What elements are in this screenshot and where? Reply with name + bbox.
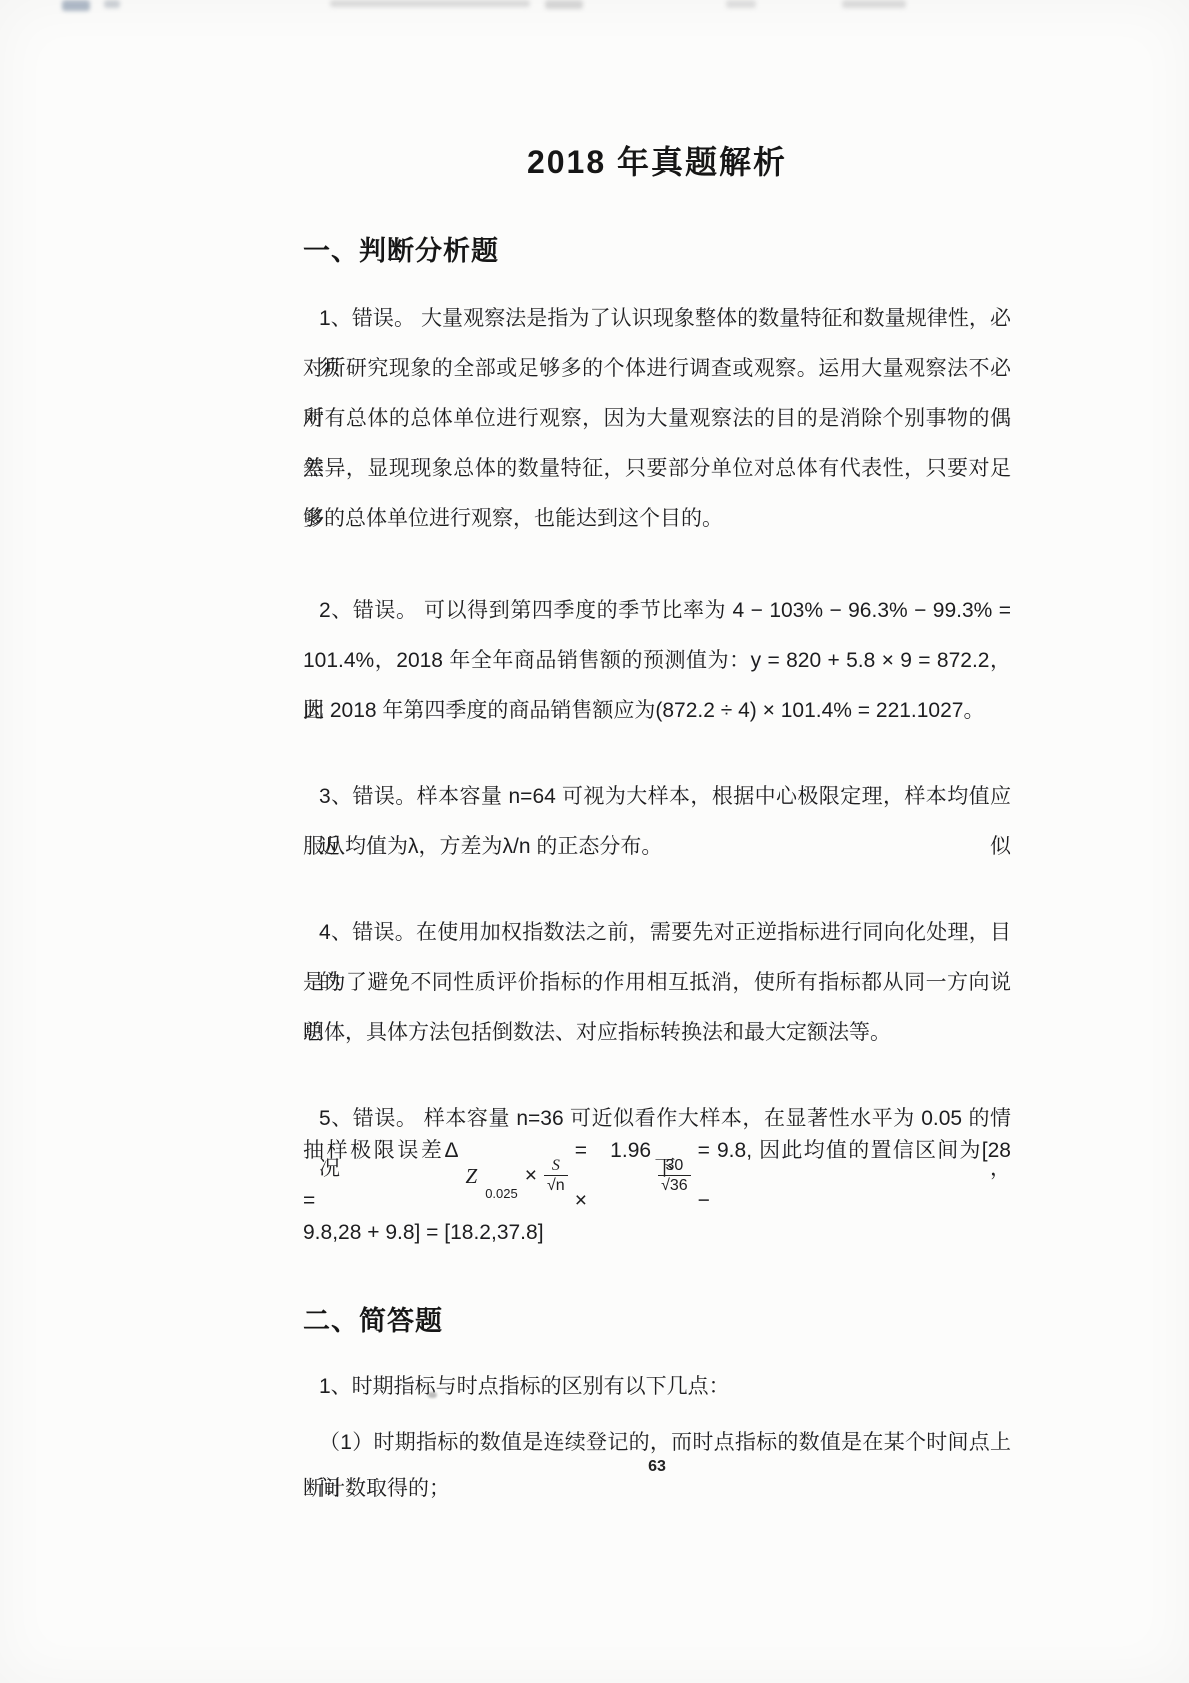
answer-item-1: 1、错误。 大量观察法是指为了认识现象整体的数量特征和数量规律性，必须 对所研究… bbox=[303, 294, 1011, 544]
short-answer-item-1: 1、时期指标与时点指标的区别有以下几点： bbox=[303, 1364, 1011, 1410]
text-line: 1、时期指标与时点指标的区别有以下几点： bbox=[303, 1364, 1011, 1410]
answer-item-3: 3、错误。样本容量 n=64 可视为大样本，根据中心极限定理，样本均值应近似 服… bbox=[303, 772, 1011, 872]
text-line: 1、错误。 大量观察法是指为了认识现象整体的数量特征和数量规律性，必须 bbox=[303, 294, 1011, 344]
text-line: 多的总体单位进行观察，也能达到这个目的。 bbox=[303, 494, 1011, 544]
text-line: 差异，显现现象总体的数量特征，只要部分单位对总体有代表性，只要对足够 bbox=[303, 444, 1011, 494]
page-content: 2018 年真题解析 一、判断分析题 1、错误。 大量观察法是指为了认识现象整体… bbox=[303, 0, 1011, 1512]
times-operator: × bbox=[525, 1151, 537, 1201]
text-line: 是为了避免不同性质评价指标的作用相互抵消，使所有指标都从同一方向说明 bbox=[303, 958, 1011, 1008]
answer-item-5: 5、错误。 样本容量 n=36 可近似看作大样本，在显著性水平为 0.05 的情… bbox=[303, 1094, 1011, 1258]
text-line: 2、错误。 可以得到第四季度的季节比率为 4 − 103% − 96.3% − … bbox=[303, 586, 1011, 636]
z-subscript: 0.025 bbox=[485, 1187, 518, 1200]
page-number: 63 bbox=[303, 1458, 1011, 1476]
section-2-heading: 二、简答题 bbox=[303, 1304, 1011, 1338]
text-line: 此 2018 年第四季度的商品销售额应为(872.2 ÷ 4) × 101.4%… bbox=[303, 686, 1011, 736]
section-1-heading: 一、判断分析题 bbox=[303, 234, 1011, 268]
doc-title: 2018 年真题解析 bbox=[303, 140, 1011, 184]
answer-item-4: 4、错误。在使用加权指数法之前，需要先对正逆指标进行同向化处理，目的 是为了避免… bbox=[303, 908, 1011, 1058]
text-line: 4、错误。在使用加权指数法之前，需要先对正逆指标进行同向化处理，目的 bbox=[303, 908, 1011, 958]
fraction-30-over-sqrt-36: 30√36 bbox=[658, 1157, 691, 1196]
text-line: 所有总体的总体单位进行观察，因为大量观察法的目的是消除个别事物的偶然 bbox=[303, 394, 1011, 444]
text-line: 对所研究现象的全部或足够多的个体进行调查或观察。运用大量观察法不必对 bbox=[303, 344, 1011, 394]
formula-mid: = 1.96 × bbox=[575, 1126, 651, 1226]
text-line: 3、错误。样本容量 n=64 可视为大样本，根据中心极限定理，样本均值应近似 bbox=[303, 772, 1011, 822]
scan-artifact-logo bbox=[62, 0, 90, 11]
text-line: 总体，具体方法包括倒数法、对应指标转换法和最大定额法等。 bbox=[303, 1008, 1011, 1058]
scan-artifact bbox=[104, 0, 120, 8]
z-symbol: Z bbox=[466, 1151, 478, 1201]
text-line: 101.4%，2018 年全年商品销售额的预测值为：y = 820 + 5.8 … bbox=[303, 636, 1011, 686]
document-page: 2018 年真题解析 一、判断分析题 1、错误。 大量观察法是指为了认识现象整体… bbox=[0, 0, 1189, 1683]
formula-suffix: = 9.8, 因此均值的置信区间为[28 − bbox=[698, 1126, 1011, 1226]
fraction-s-over-sqrt-n: S√n bbox=[544, 1157, 568, 1196]
answer-item-2: 2、错误。 可以得到第四季度的季节比率为 4 − 103% − 96.3% − … bbox=[303, 586, 1011, 736]
